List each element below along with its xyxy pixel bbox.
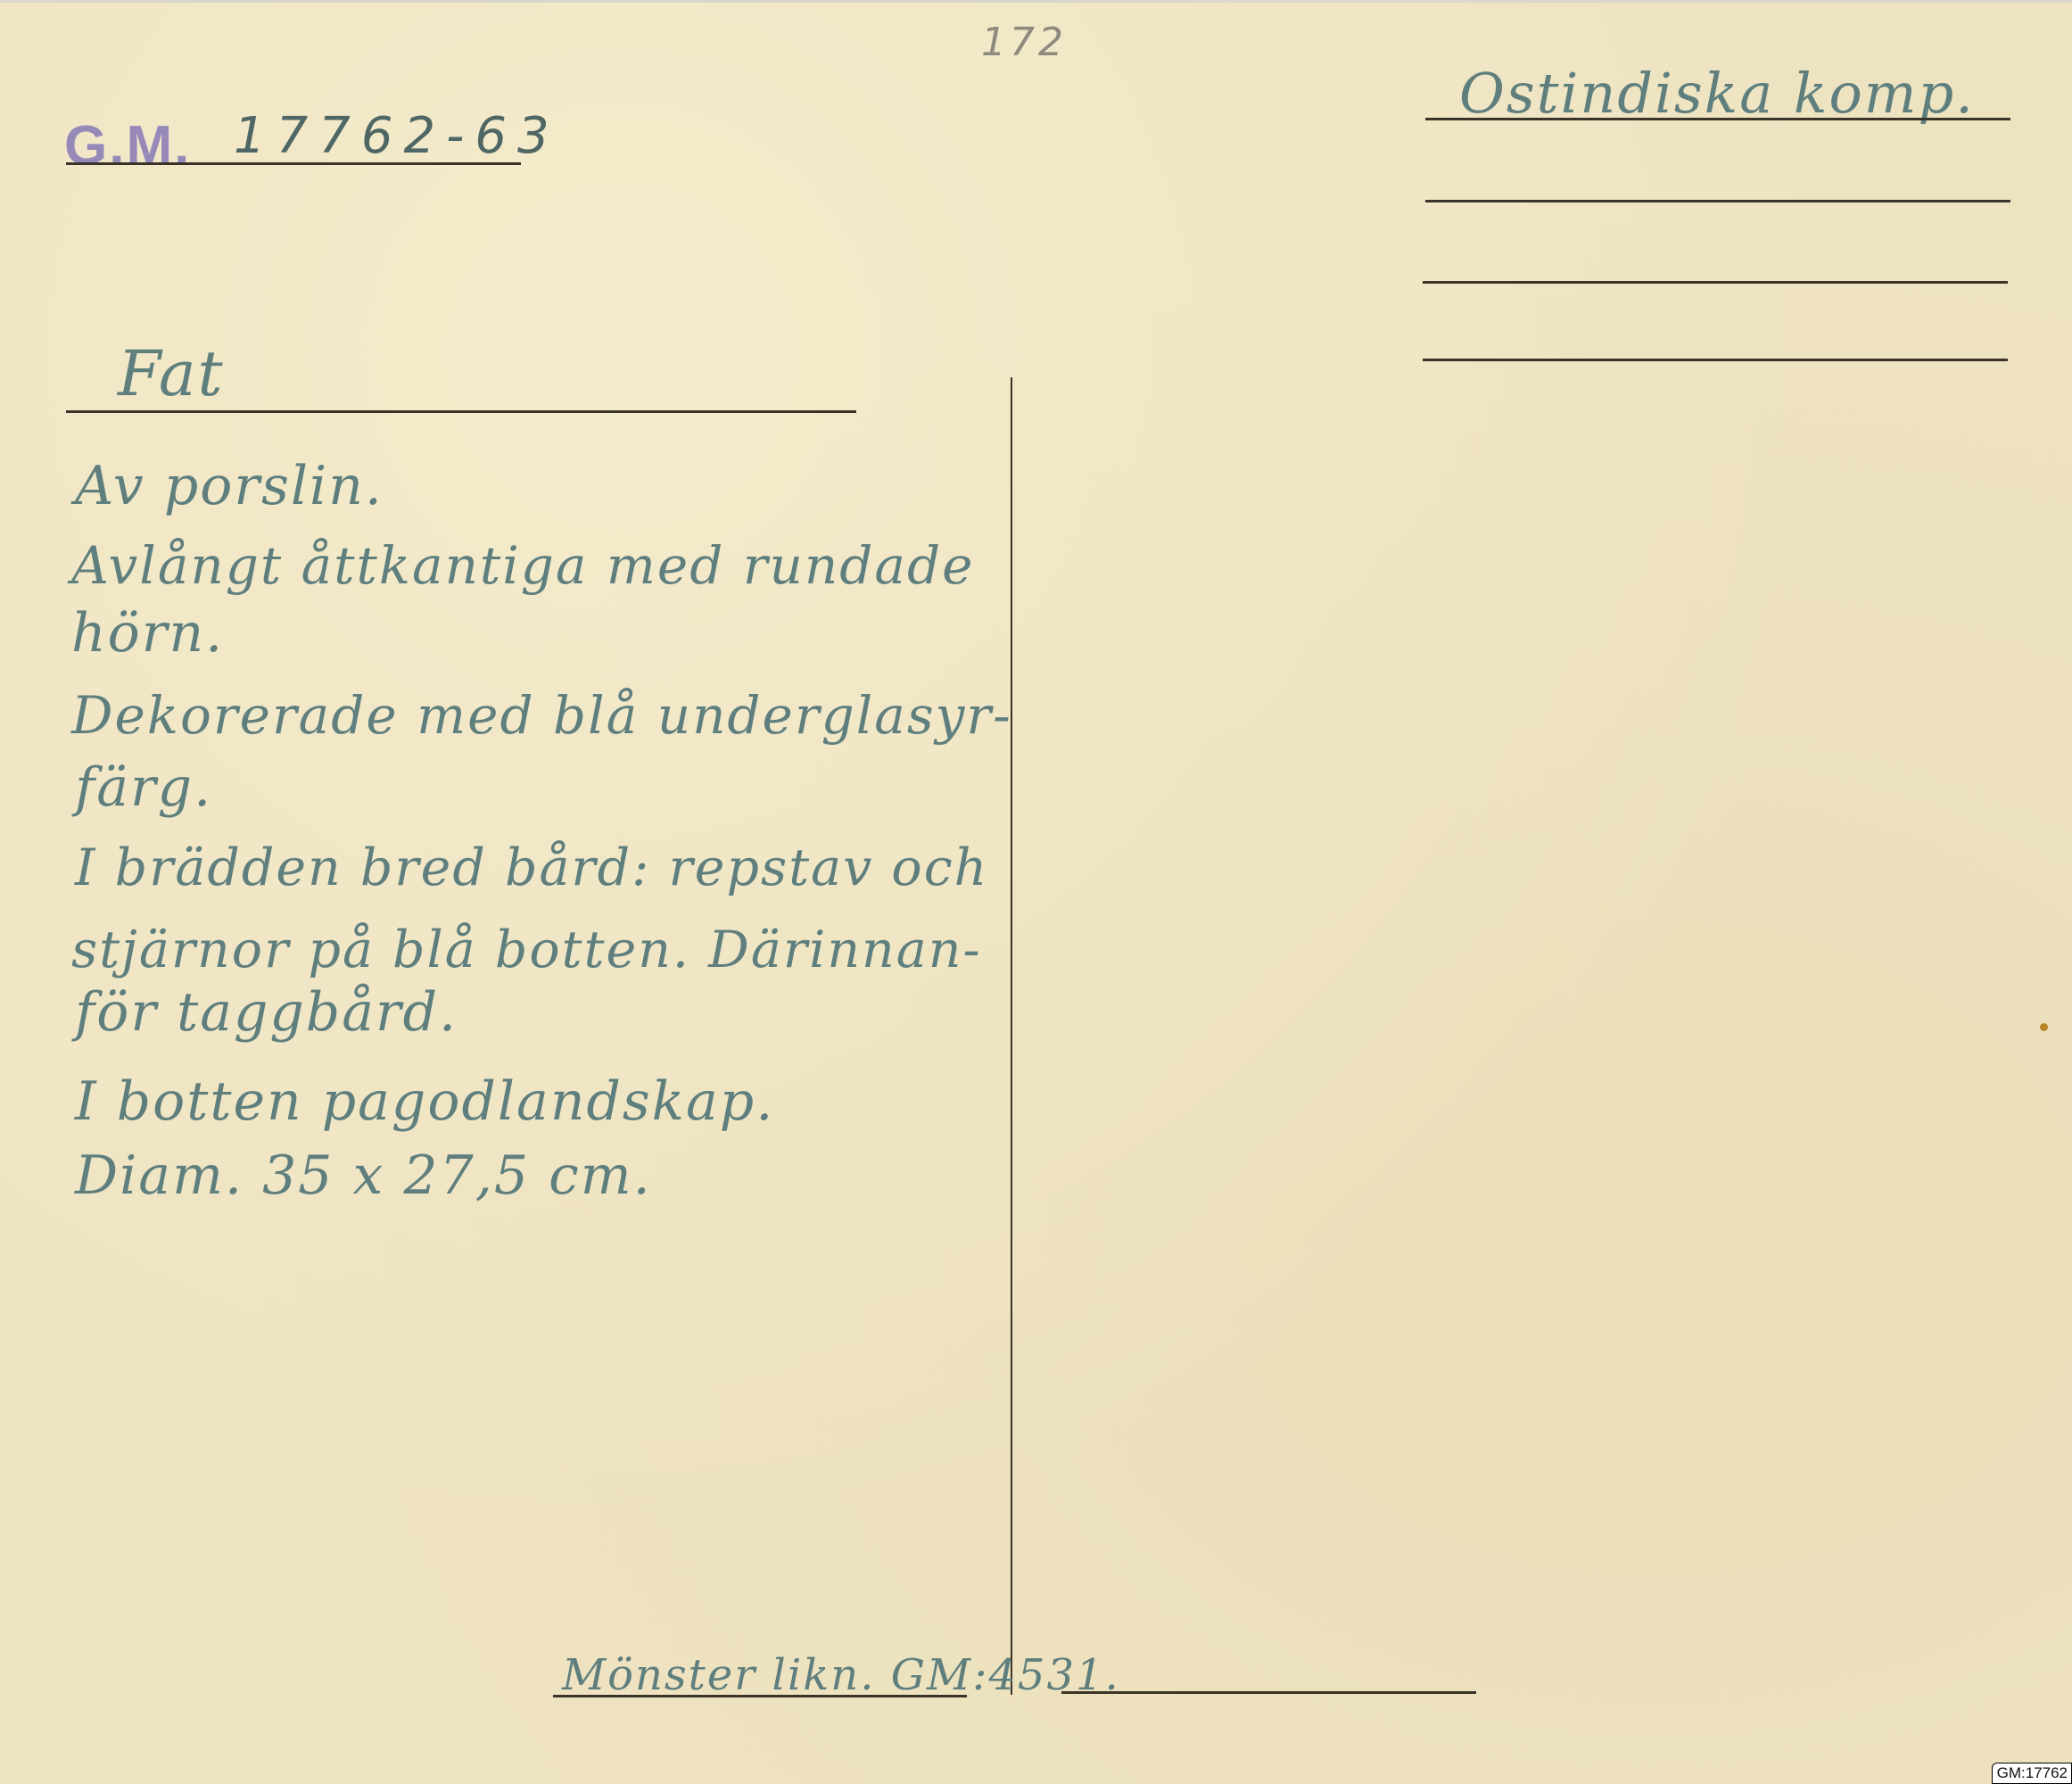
pattern-reference-underline [553, 1695, 967, 1697]
object-name: Fat [118, 337, 225, 410]
field-line-4 [1423, 359, 2008, 361]
description-line: I botten pagodlandskap. [75, 1075, 774, 1128]
scan-top-edge [0, 0, 2072, 3]
bottom-right-field-line [1061, 1691, 1476, 1694]
description-line: Dekorerade med blå underglasyr- [71, 690, 1012, 741]
origin-field-value: Ostindiska komp. [1459, 61, 1975, 126]
accession-underline [66, 162, 521, 165]
column-divider [1011, 377, 1012, 1695]
description-line: I brädden bred bård: repstav och [75, 843, 988, 894]
description-line: Avlångt åttkantiga med rundade [71, 540, 974, 591]
page-number: 172 [981, 20, 1067, 65]
pattern-reference: Mönster likn. GM:4531. [562, 1650, 1120, 1700]
paper-stain [2040, 1023, 2048, 1031]
description-line: för taggbård. [75, 986, 458, 1039]
description-line: hörn. [71, 607, 224, 660]
object-name-underline [66, 410, 856, 413]
field-line-3 [1423, 281, 2008, 284]
accession-number: 17762-63 [234, 107, 560, 165]
origin-field-line [1425, 118, 2010, 120]
field-line-2 [1425, 200, 2010, 202]
catalog-corner-label: GM:17762 [1992, 1763, 2072, 1784]
description-line: stjärnor på blå botten. Därinnan- [71, 925, 982, 976]
description-line: Diam. 35 x 27,5 cm. [75, 1149, 652, 1202]
museum-stamp: G.M. [64, 114, 191, 178]
description-line: färg. [75, 761, 212, 814]
description-line: Av porslin. [75, 459, 384, 513]
